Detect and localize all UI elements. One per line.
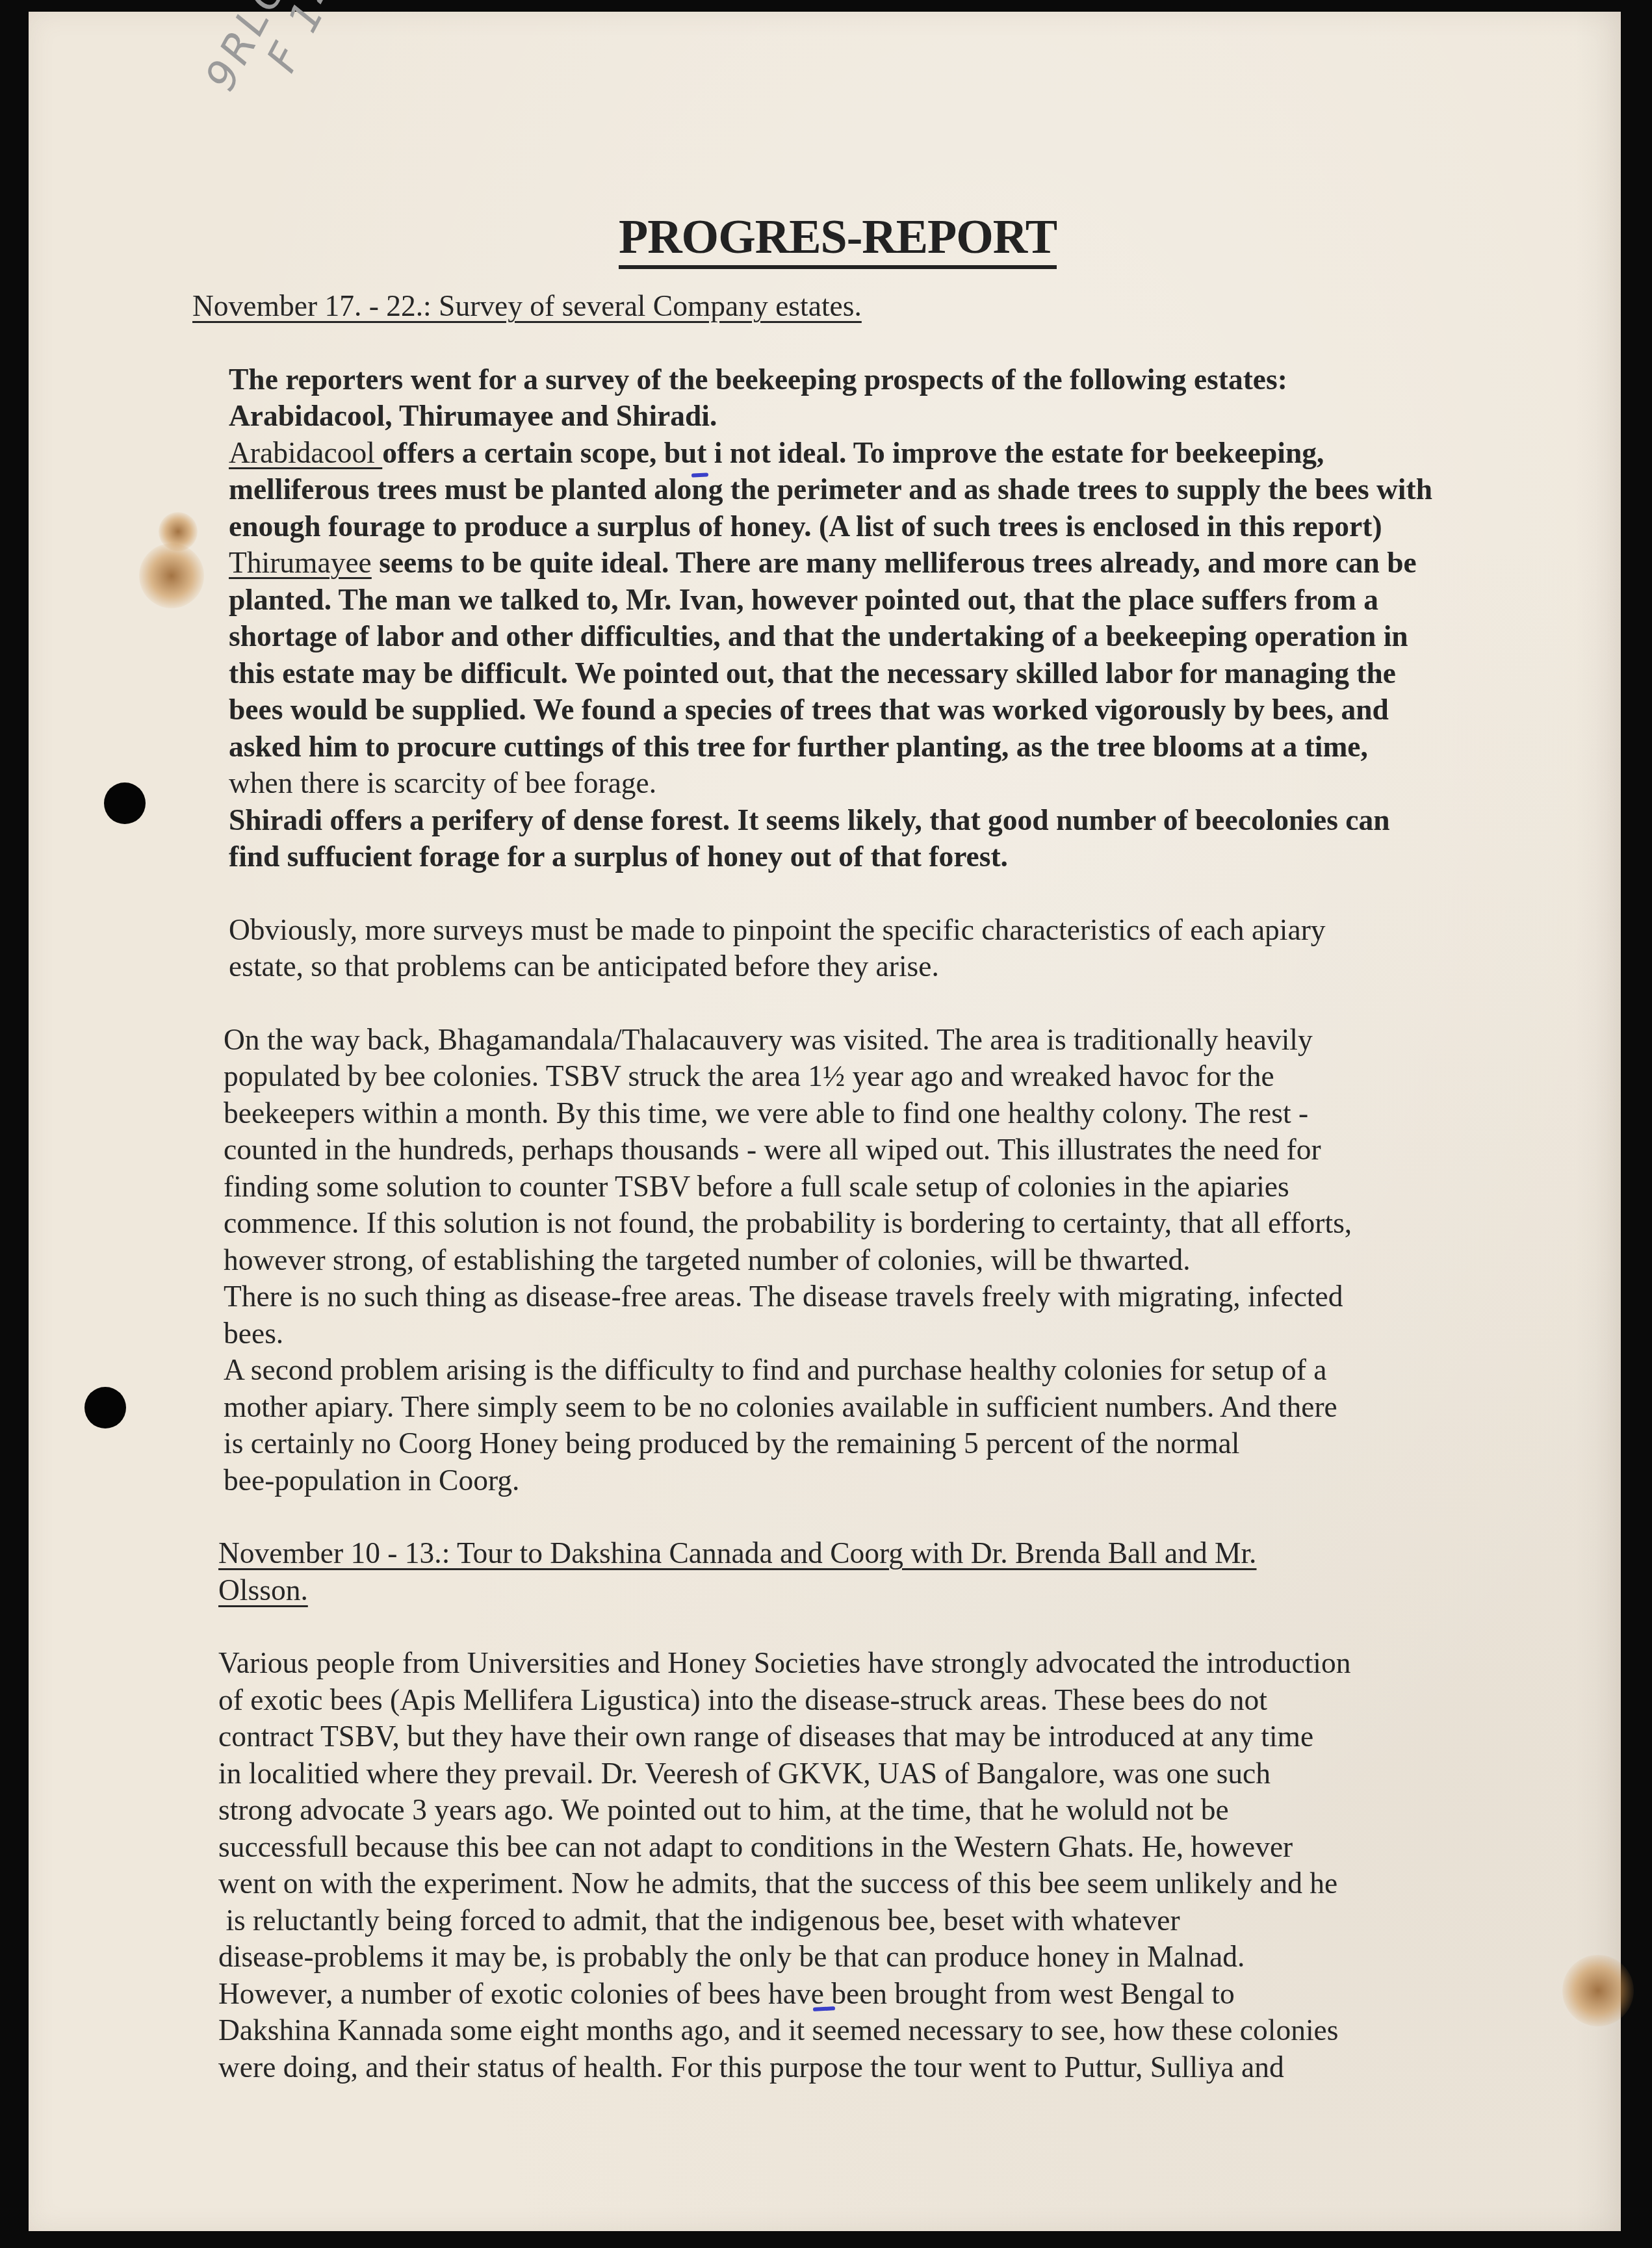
text-line: melliferous trees must be planted along … [229,471,1466,508]
text-line: There is no such thing as disease-free a… [224,1278,1466,1315]
text-line: Thirumayee seems to be quite ideal. Ther… [229,545,1466,582]
text-line: Shiradi offers a perifery of dense fores… [229,802,1466,839]
text-line: On the way back, Bhagamandala/Thalacauve… [224,1022,1466,1059]
burn-mark [159,512,198,551]
text-line: commence. If this solution is not found,… [224,1205,1466,1242]
text-line: bees would be supplied. We found a speci… [229,691,1466,729]
text-line: contract TSBV, but they have their own r… [218,1718,1466,1755]
text-line: shortage of labor and other difficulties… [229,618,1466,655]
text-line: were doing, and their status of health. … [218,2049,1466,2086]
text-line: mother apiary. There simply seem to be n… [224,1389,1466,1426]
text-line: of exotic bees (Apis Mellifera Ligustica… [218,1682,1466,1719]
text-line: when there is scarcity of bee forage. [229,765,1466,802]
text-line: strong advocate 3 years ago. We pointed … [218,1792,1466,1829]
text-line: is reluctantly being forced to admit, th… [218,1902,1466,1939]
burn-mark [139,543,204,608]
text-line: The reporters went for a survey of the b… [229,361,1466,398]
text-line: Arabidacool offers a certain scope, but … [229,435,1466,472]
text-line: bees. [224,1315,1466,1352]
report-body: November 17. - 22.: Survey of several Co… [192,288,1466,2086]
text-line: disease-problems it may be, is probably … [218,1939,1466,1976]
handwritten-annotation: 9RLC F 14 [198,0,349,120]
text-line: went on with the experiment. Now he admi… [218,1865,1466,1902]
text-line: however strong, of establishing the targ… [224,1242,1466,1279]
text-line: Various people from Universities and Hon… [218,1645,1466,1682]
text-line: estate, so that problems can be anticipa… [229,948,1466,985]
text-line: Arabidacool, Thirumayee and Shiradi. [229,398,1466,435]
page-edge-shadow [1575,12,1621,2231]
text-line: in localitied where they prevail. Dr. Ve… [218,1755,1466,1792]
text-line: is certainly no Coorg Honey being produc… [224,1425,1466,1462]
text-line: However, a number of exotic colonies of … [218,1976,1466,2013]
text-line: successfull because this bee can not ada… [218,1829,1466,1866]
estate-name-thirumayee: Thirumayee [229,546,372,579]
text-line: asked him to procure cuttings of this tr… [229,729,1466,766]
estate-name-arabidacool: Arabidacool [229,436,382,469]
paragraph: On the way back, Bhagamandala/Thalacauve… [224,1022,1466,1536]
text-line: planted. The man we talked to, Mr. Ivan,… [229,582,1466,619]
text-line: this estate may be difficult. We pointed… [229,655,1466,692]
section-heading: November 10 - 13.: Tour to Dakshina Cann… [218,1535,1466,1608]
punch-hole [104,782,146,824]
punch-hole [84,1387,126,1428]
text-line: bee-population in Coorg. [224,1462,1466,1499]
text-line: enough fourage to produce a surplus of h… [229,508,1466,545]
text-line: populated by bee colonies. TSBV struck t… [224,1058,1466,1095]
section-heading: November 17. - 22.: Survey of several Co… [192,288,1466,325]
document-title: PROGRES-REPORT [29,210,1621,265]
text-line: beekeepers within a month. By this time,… [224,1095,1466,1132]
text-line: find suffucient forage for a surplus of … [229,838,1466,875]
scanned-page: 9RLC F 14 PROGRES-REPORT November 17. - … [29,12,1621,2231]
paragraph: Various people from Universities and Hon… [218,1645,1466,2086]
text-line: Dakshina Kannada some eight months ago, … [218,2012,1466,2049]
text-line: A second problem arising is the difficul… [224,1352,1466,1389]
text-line: finding some solution to counter TSBV be… [224,1169,1466,1206]
text-line: counted in the hundreds, perhaps thousan… [224,1131,1466,1169]
paragraph: The reporters went for a survey of the b… [229,361,1466,1022]
text-line: Obviously, more surveys must be made to … [229,912,1466,949]
title-text: PROGRES-REPORT [619,211,1057,269]
